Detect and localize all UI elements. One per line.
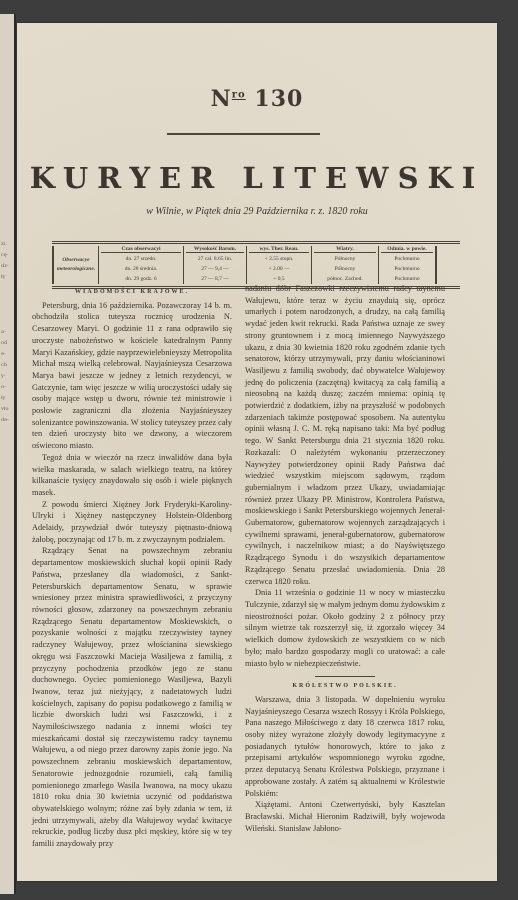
weather-col-header: wys. Ther. Reau.: [249, 246, 309, 253]
masthead-title: KURYER LITEWSKI: [17, 161, 497, 195]
weather-col-time: Czas obserwacyi dn. 27 srzedn. dn. 28 śr…: [98, 246, 183, 284]
previous-page-fragment: ch: [1, 360, 14, 371]
article-paragraph: Z powodu śmierci Xiężney Jork Fryderyki-…: [32, 499, 232, 546]
left-column: WIADOMOŚCI KRAJOWE. Petersburg, dnia 16 …: [32, 283, 232, 850]
weather-cell: dn. 27 srzedn.: [101, 254, 181, 264]
article-paragraph: Petersburg, dnia 16 października. Pozawc…: [32, 300, 232, 452]
weather-col-header: Wiatry.: [314, 246, 376, 253]
previous-page-fragment: zi.: [1, 239, 14, 250]
article-paragraph: Tegoż dnia w wieczór na rzecz inwalidów …: [32, 452, 232, 499]
previous-page-fragment: de-: [1, 415, 14, 426]
article-paragraph: nadaniu dóbr Faszczowki rzeczywistemu ra…: [245, 283, 445, 587]
weather-cell: 27 — 9,4 —: [186, 264, 244, 274]
previous-page-fragment: dz-: [1, 261, 14, 272]
previous-page-fragment: ły: [1, 272, 14, 283]
weather-col-barometer: Wysokość Barom. 27 cal. 8.65 lin. 27 — 9…: [183, 246, 246, 284]
issue-number: Nro 130: [17, 86, 497, 112]
article-paragraph: Rządzący Senat na powszechnym zebraniu d…: [32, 545, 232, 849]
weather-cell: Północny: [314, 254, 376, 264]
weather-cell: + 2.55 stopn.: [249, 254, 309, 264]
weather-cell: + 2.00 —: [249, 264, 309, 274]
previous-page-fragments: zi.cę-dz-ły a-ode-chy-o-łyvłode-: [0, 14, 14, 426]
previous-page-fragment: vło: [1, 404, 14, 415]
section-divider: [315, 676, 375, 677]
weather-cell: Pochmurno: [381, 264, 433, 274]
previous-page-fragment: e-: [1, 349, 14, 360]
weather-col-header: Wysokość Barom.: [186, 246, 244, 253]
previous-page-edge: zi.cę-dz-ły a-ode-chy-o-łyvłode-: [0, 14, 16, 894]
issue-label: N: [211, 86, 232, 112]
weather-cell: dn. 28 średnia.: [101, 264, 181, 274]
previous-page-fragment: y-: [1, 371, 14, 382]
weather-cell: Północny: [314, 264, 376, 274]
weather-col-thermometer: wys. Ther. Reau. + 2.55 stopn. + 2.00 — …: [246, 246, 311, 284]
previous-page-fragment: [1, 305, 14, 316]
weather-col-header: Odmia. w powie.: [381, 246, 433, 253]
weather-col-header: Czas obserwacyi: [101, 246, 181, 253]
previous-page-fragment: [1, 283, 14, 294]
previous-page-fragment: od: [1, 338, 14, 349]
issue-label-sup: ro: [232, 90, 246, 101]
dateline: w Wilnie, w Piątek dnia 29 Października …: [17, 206, 497, 217]
masthead-rule: [167, 133, 320, 135]
weather-table: Obserwacye meteorologiczne. Czas obserwa…: [52, 241, 460, 289]
previous-page-fragment: [1, 316, 14, 327]
previous-page-fragment: ły: [1, 393, 14, 404]
right-column: nadaniu dóbr Faszczowki rzeczywistemu ra…: [245, 283, 445, 834]
article-paragraph: Warszawa, dnia 3 listopada. W dopełnieni…: [245, 694, 445, 799]
section-title-domestic-news: WIADOMOŚCI KRAJOWE.: [32, 287, 232, 299]
weather-col-winds: Wiatry. Północny Północny północ. Zachod…: [311, 246, 378, 284]
section-title-kingdom-of-poland: KRÓLESTWO POLSKIE.: [245, 681, 445, 693]
newspaper-page: Nro 130 KURYER LITEWSKI w Wilnie, w Piąt…: [17, 23, 497, 881]
article-paragraph: Xiążętami. Antoni Czetwertyński, były Ka…: [245, 799, 445, 834]
previous-page-fragment: o-: [1, 382, 14, 393]
issue-number-value: 130: [254, 86, 303, 112]
weather-cell: 27 cal. 8.65 lin.: [186, 254, 244, 264]
previous-page-fragment: cę-: [1, 250, 14, 261]
weather-table-label: Obserwacye meteorologiczne.: [52, 246, 98, 284]
previous-page-fragment: [1, 294, 14, 305]
previous-page-fragment: a-: [1, 327, 14, 338]
weather-col-conditions: Odmia. w powie. Pochmurno Pochmurno Poch…: [378, 246, 437, 284]
article-paragraph: Dnia 11 września o godzinie 11 w nocy w …: [245, 587, 445, 669]
weather-cell: Pochmurno: [381, 254, 433, 264]
